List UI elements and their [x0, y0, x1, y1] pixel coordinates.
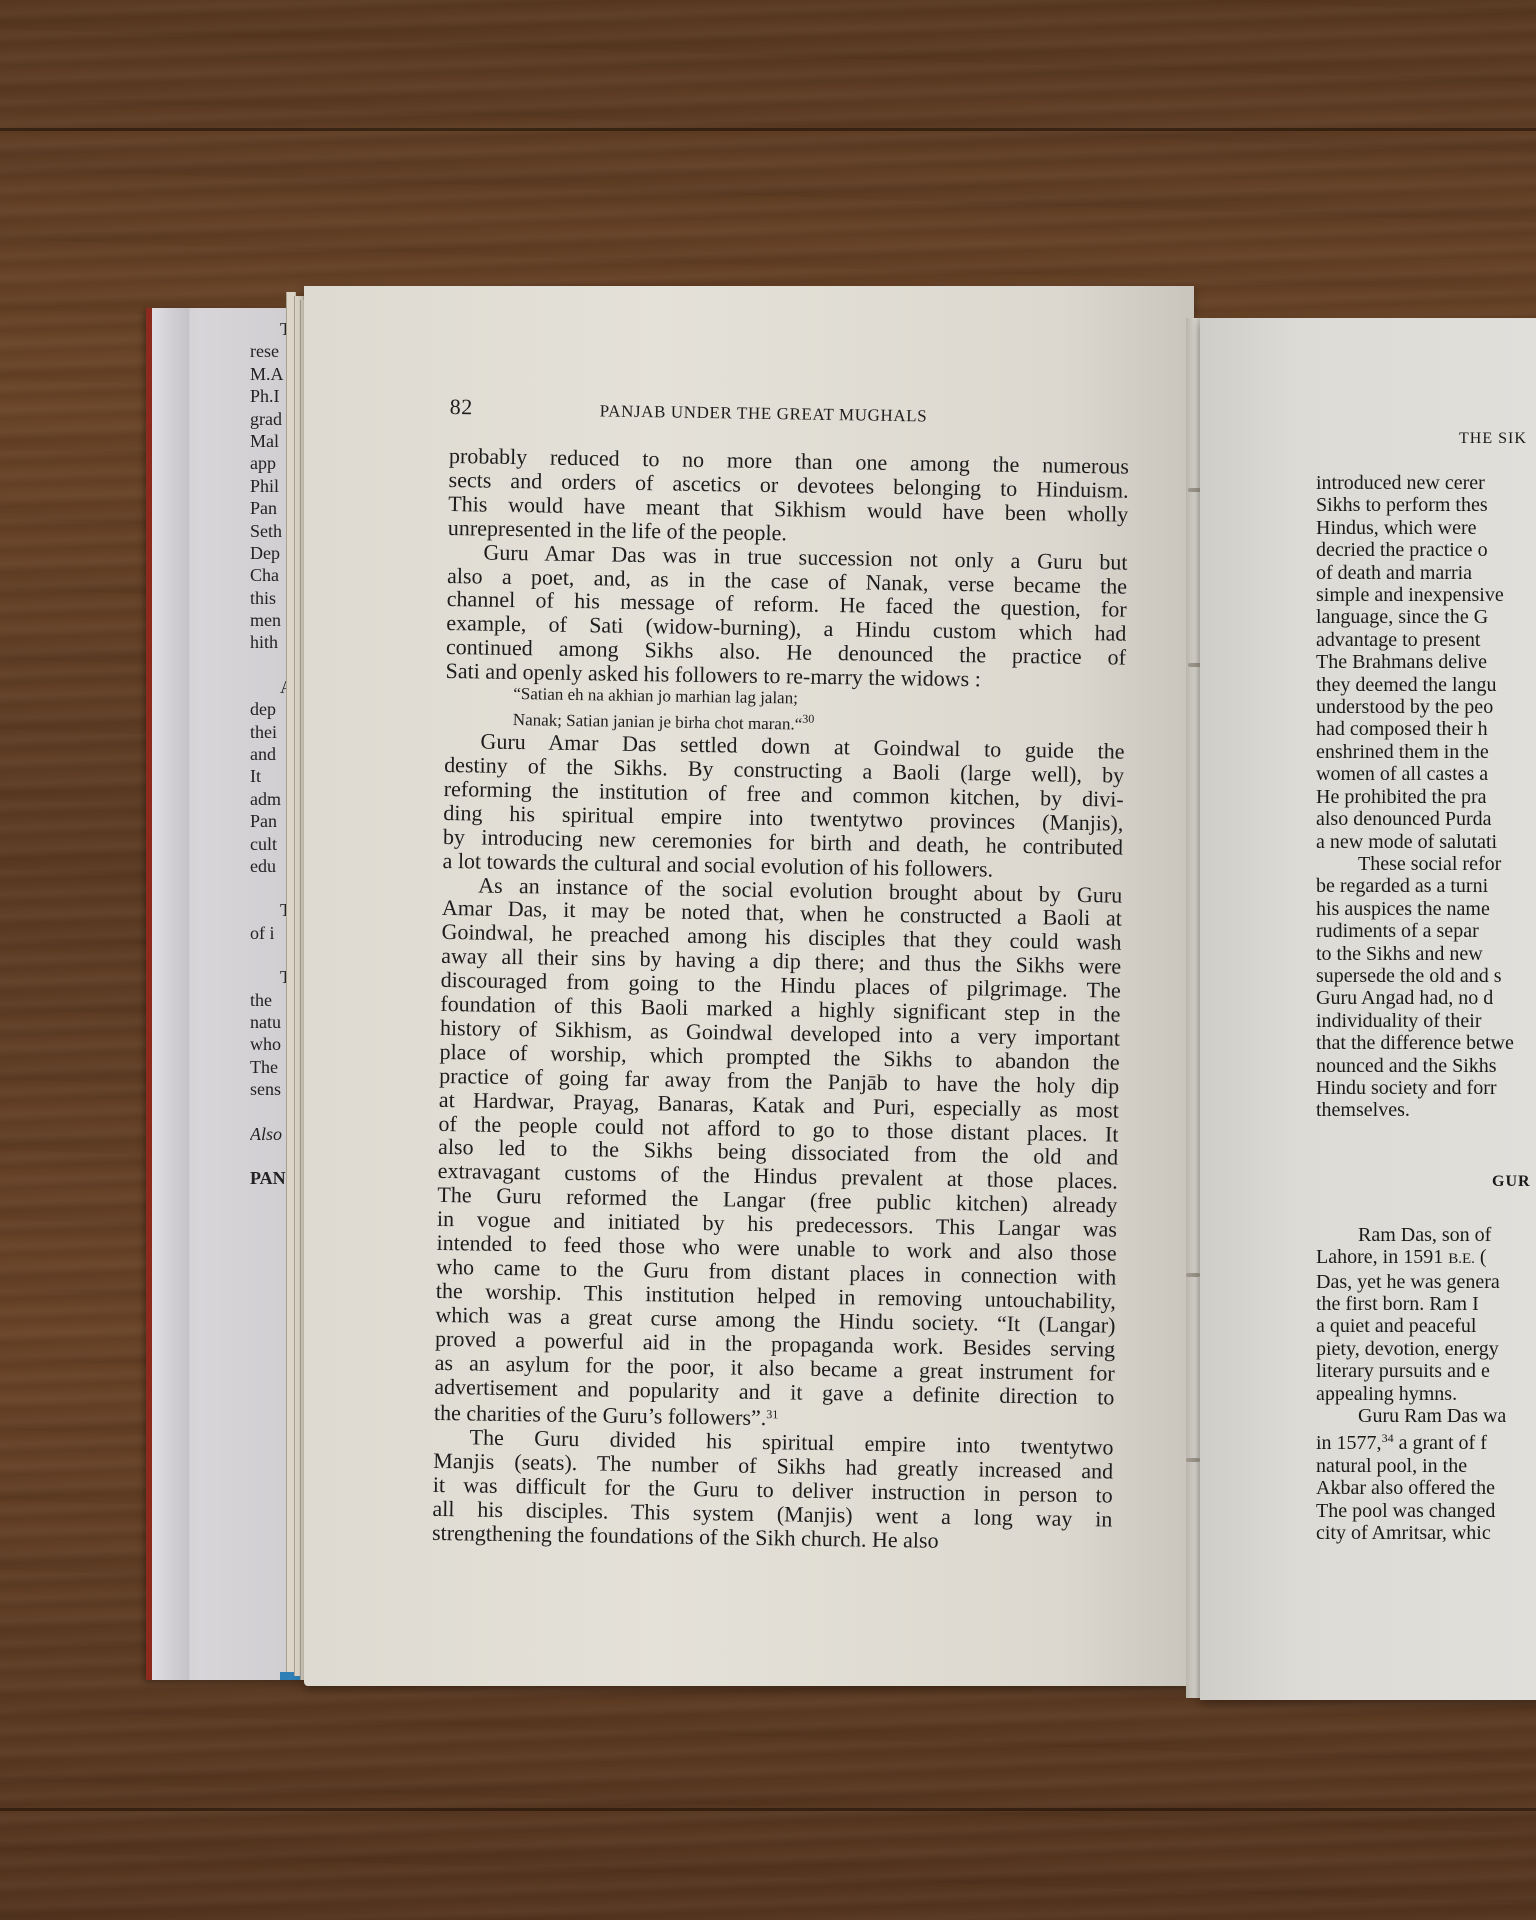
text-line: rudiments of a separ	[1316, 920, 1536, 942]
text-line: Guru Angad had, no d	[1316, 987, 1536, 1009]
paragraph: Ram Das, son of Lahore, in 1591 B.E. ( D…	[1316, 1224, 1536, 1405]
footnote-ref: 31	[766, 1408, 778, 1422]
text-line: city of Amritsar, whic	[1316, 1522, 1536, 1544]
left-page: 82 PANJAB UNDER THE GREAT MUGHALS probab…	[304, 286, 1194, 1686]
section-heading: GUR	[1316, 1164, 1536, 1200]
text-line: also denounced Purda	[1316, 808, 1536, 830]
text-line: Sikhs to perform thes	[1316, 494, 1536, 516]
text-line: language, since the G	[1316, 606, 1536, 628]
text-line: themselves.	[1316, 1099, 1536, 1121]
jacket-fold	[152, 308, 190, 1680]
text-line: The Brahmans delive	[1316, 651, 1536, 673]
text-line: piety, devotion, energy	[1316, 1338, 1536, 1360]
paragraph: As an instance of the social evolution b…	[434, 872, 1123, 1435]
text-line: individuality of their	[1316, 1010, 1536, 1032]
text-line: Akbar also offered the	[1316, 1477, 1536, 1499]
text-line: the first born. Ram I	[1316, 1293, 1536, 1315]
text-line: simple and inexpensive	[1316, 584, 1536, 606]
paragraph: Guru Amar Das was in true succession not…	[445, 540, 1127, 694]
text-line: to the Sikhs and new	[1316, 943, 1536, 965]
binding-stitch	[1186, 1273, 1200, 1277]
text-line: that the difference betwe	[1316, 1032, 1536, 1054]
text-line: Guru Ram Das wa	[1316, 1405, 1536, 1427]
text-line: Das, yet he was genera	[1316, 1271, 1536, 1293]
text-line: He prohibited the pra	[1316, 786, 1536, 808]
dust-jacket-flap: TreseM.APh.IgradMalappPhilPanSethDepChat…	[146, 308, 306, 1680]
text-line: literary pursuits and e	[1316, 1360, 1536, 1382]
text-line: be regarded as a turni	[1316, 875, 1536, 897]
running-head: 82 PANJAB UNDER THE GREAT MUGHALS	[449, 394, 1130, 445]
text-line: introduced new cerer	[1316, 472, 1536, 494]
text-line: Lahore, in 1591 B.E. (	[1316, 1246, 1536, 1270]
footnote-ref: 30	[802, 712, 814, 726]
text-line: his auspices the name	[1316, 898, 1536, 920]
page-number: 82	[450, 394, 600, 422]
paragraph: probably reduced to no more than one amo…	[448, 444, 1129, 550]
paragraph: Guru Ram Das wa in 1577,34 a grant of f …	[1316, 1405, 1536, 1544]
right-page: THE SIK introduced new cererSikhs to per…	[1200, 318, 1536, 1700]
table-board-seam	[0, 128, 1536, 131]
right-running-head: THE SIK	[1316, 430, 1536, 472]
text-line: understood by the peo	[1316, 696, 1536, 718]
text-line: a quiet and peaceful	[1316, 1315, 1536, 1337]
running-title: PANJAB UNDER THE GREAT MUGHALS	[600, 401, 928, 426]
text-line: supersede the old and s	[1316, 965, 1536, 987]
paragraph: Guru Amar Das settled down at Goindwal t…	[442, 729, 1124, 883]
right-body-text: introduced new cererSikhs to perform the…	[1316, 472, 1536, 1544]
paragraph: The Guru divided his spiritual empire in…	[432, 1425, 1114, 1555]
text-line: in 1577,34 a grant of f	[1316, 1427, 1536, 1454]
body-text: probably reduced to no more than one amo…	[432, 444, 1129, 1555]
text-line: appealing hymns.	[1316, 1383, 1536, 1405]
text-line: Ram Das, son of	[1316, 1224, 1536, 1246]
text-line: had composed their h	[1316, 718, 1536, 740]
paragraph: These social reforbe regarded as a turni…	[1316, 853, 1536, 1122]
text-line: nounced and the Sikhs	[1316, 1055, 1536, 1077]
text-line: The pool was changed	[1316, 1500, 1536, 1522]
text-line: These social refor	[1316, 853, 1536, 875]
text-line: a new mode of salutati	[1316, 831, 1536, 853]
text-line: enshrined them in the	[1316, 741, 1536, 763]
text-line: of death and marria	[1316, 562, 1536, 584]
text-line: women of all castes a	[1316, 763, 1536, 785]
binding-stitch	[1186, 1458, 1200, 1462]
paragraph: introduced new cererSikhs to perform the…	[1316, 472, 1536, 853]
text-line: Hindus, which were	[1316, 517, 1536, 539]
text-line: natural pool, in the	[1316, 1455, 1536, 1477]
table-board-seam	[0, 1808, 1536, 1811]
text-line: decried the practice o	[1316, 539, 1536, 561]
text-line: they deemed the langu	[1316, 674, 1536, 696]
text-line: Hindu society and forr	[1316, 1077, 1536, 1099]
text-line: advantage to present	[1316, 629, 1536, 651]
